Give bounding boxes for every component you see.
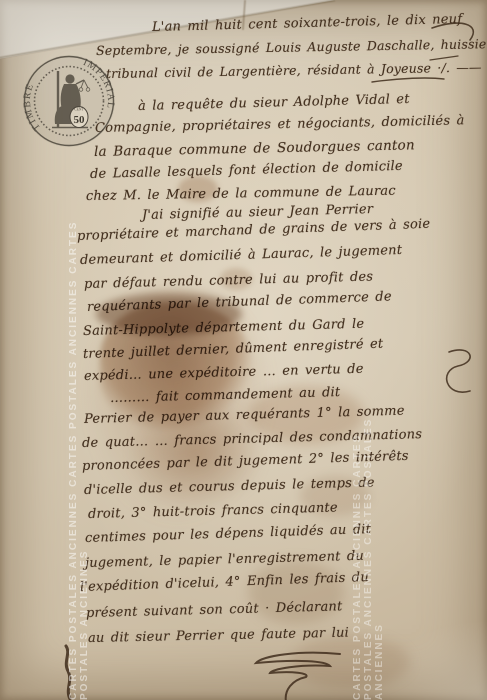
manuscript-line: de quat… … francs principal des condamna… — [82, 427, 423, 451]
manuscript-line: propriétaire et marchand de grains de ve… — [77, 217, 431, 244]
manuscript-line: l'expédition d'icelui, 4° Enfin les frai… — [80, 570, 369, 595]
manuscript-line: à la requête du sieur Adolphe Vidal et — [138, 92, 410, 114]
tax-stamp: TIMBRE IMPÉRIAL CENT 50 — [22, 54, 116, 148]
manuscript-line: présent suivant son coût · Déclarant — [86, 599, 343, 621]
manuscript-line: chez M. le Maire de la commune de Laurac — [86, 184, 396, 204]
manuscript-line: jugement, le papier l'enregistrement du — [85, 549, 364, 571]
manuscript-line: au dit sieur Perrier que faute par lui — [88, 626, 349, 646]
manuscript-line: d'icelle dus et courus depuis le temps d… — [84, 475, 375, 498]
manuscript-line: demeurant et domicilié à Laurac, le juge… — [80, 243, 403, 268]
manuscript-line: Septembre, je soussigné Louis Auguste Da… — [96, 36, 487, 58]
manuscript-line: requérants par le tribunal de commerce d… — [87, 289, 392, 315]
manuscript-line: Compagnie, propriétaires et négociants, … — [95, 113, 465, 136]
stamp-denomination: CENT 50 — [70, 107, 88, 128]
manuscript-line: Saint-Hippolyte département du Gard le — [83, 317, 365, 339]
manuscript-line: expédi… une expéditoire … en vertu de — [84, 362, 364, 384]
ink-blot-stroke — [66, 646, 70, 699]
stamp-unit-label: CENT — [74, 108, 84, 112]
manuscript-line: tribunal civil de Largentière, résidant … — [106, 59, 482, 81]
ampersand-flourish — [447, 350, 470, 392]
manuscript-line: la Baraque commune de Soudorgues canton — [94, 137, 415, 160]
stain-spot — [290, 636, 410, 688]
corner-fold — [367, 620, 487, 700]
manuscript-line: de Lasalle lesquels font élection de dom… — [90, 159, 403, 182]
manuscript-line: par défaut rendu contre lui au profit de… — [84, 269, 374, 292]
manuscript-line: trente juillet dernier, dûment enregistr… — [83, 337, 384, 362]
manuscript-line: Perrier de payer aux requérants 1° la so… — [84, 404, 405, 427]
stamp-value-label: 50 — [74, 114, 86, 126]
manuscript-line: prononcées par le dit jugement 2° les in… — [82, 449, 409, 474]
manuscript-line: L'an mil huit cent soixante-trois, le di… — [152, 12, 463, 35]
manuscript-line: centimes pour les dépens liquidés au dit — [85, 522, 372, 546]
manuscript-line: ……… fait commandement au dit — [110, 385, 341, 406]
manuscript-line: droit, 3° huit-trois francs cinquante — [88, 500, 338, 522]
signature-paraph — [256, 653, 340, 700]
manuscript-page: TIMBRE IMPÉRIAL CENT 50 L'an mil huit ce… — [0, 0, 487, 700]
line3-end-dash — [372, 78, 444, 82]
